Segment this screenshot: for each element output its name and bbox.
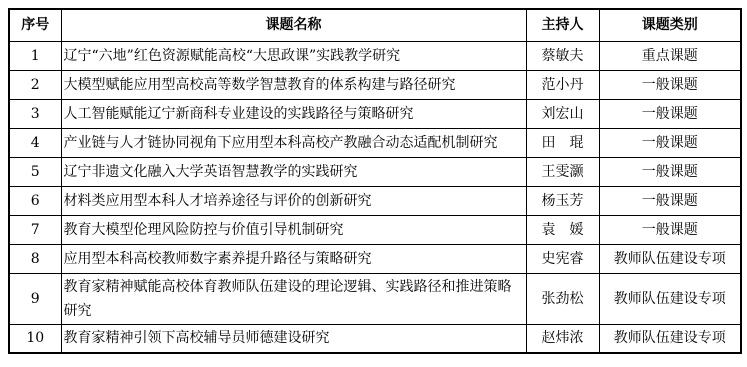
leader-cell: 袁 媛	[526, 215, 599, 244]
category-cell: 一般课题	[599, 99, 741, 128]
table-row: 4 产业链与人才链协同视角下应用型本科高校产教融合动态适配机制研究 田 琨 一般…	[9, 128, 741, 157]
table-row: 7 教育大模型伦理风险防控与价值引导机制研究 袁 媛 一般课题	[9, 215, 741, 244]
category-cell: 一般课题	[599, 70, 741, 99]
category-cell: 教师队伍建设专项	[599, 324, 741, 353]
category-cell: 一般课题	[599, 157, 741, 186]
category-cell: 一般课题	[599, 215, 741, 244]
leader-cell: 王雯灏	[526, 157, 599, 186]
row-number-cell: 6	[9, 186, 61, 215]
table-row: 9 教育家精神赋能高校体育教师队伍建设的理论逻辑、实践路径和推进策略研究 张劲松…	[9, 273, 741, 324]
row-number-cell: 2	[9, 70, 61, 99]
row-number-cell: 1	[9, 41, 61, 70]
table-row: 1 辽宁“六地”红色资源赋能高校“大思政课”实践教学研究 蔡敏夫 重点课题	[9, 41, 741, 70]
document-page: 序号 课题名称 主持人 课题类别 1 辽宁“六地”红色资源赋能高校“大思政课”实…	[0, 0, 747, 367]
table-row: 5 辽宁非遗文化融入大学英语智慧教学的实践研究 王雯灏 一般课题	[9, 157, 741, 186]
topic-title-cell: 教育家精神赋能高校体育教师队伍建设的理论逻辑、实践路径和推进策略研究	[61, 273, 526, 324]
header-serial-number: 序号	[9, 9, 61, 41]
category-cell: 教师队伍建设专项	[599, 273, 741, 324]
table-row: 6 材料类应用型本科人才培养途径与评价的创新研究 杨玉芳 一般课题	[9, 186, 741, 215]
topic-title-cell: 应用型本科高校教师数字素养提升路径与策略研究	[61, 244, 526, 273]
row-number-cell: 4	[9, 128, 61, 157]
category-cell: 一般课题	[599, 128, 741, 157]
topic-title-cell: 辽宁非遗文化融入大学英语智慧教学的实践研究	[61, 157, 526, 186]
table-row: 8 应用型本科高校教师数字素养提升路径与策略研究 史宪睿 教师队伍建设专项	[9, 244, 741, 273]
header-category: 课题类别	[599, 9, 741, 41]
topic-title-cell: 产业链与人才链协同视角下应用型本科高校产教融合动态适配机制研究	[61, 128, 526, 157]
header-row: 序号 课题名称 主持人 课题类别	[9, 9, 741, 41]
leader-cell: 赵炜浓	[526, 324, 599, 353]
topic-title-cell: 大模型赋能应用型高校高等数学智慧教育的体系构建与路径研究	[61, 70, 526, 99]
topic-title-cell: 材料类应用型本科人才培养途径与评价的创新研究	[61, 186, 526, 215]
topics-table: 序号 课题名称 主持人 课题类别 1 辽宁“六地”红色资源赋能高校“大思政课”实…	[8, 8, 742, 354]
header-topic-title: 课题名称	[61, 9, 526, 41]
topic-title-cell: 教育大模型伦理风险防控与价值引导机制研究	[61, 215, 526, 244]
topic-title-cell: 人工智能赋能辽宁新商科专业建设的实践路径与策略研究	[61, 99, 526, 128]
header-leader: 主持人	[526, 9, 599, 41]
topic-title-cell: 教育家精神引领下高校辅导员师德建设研究	[61, 324, 526, 353]
leader-cell: 田 琨	[526, 128, 599, 157]
category-cell: 重点课题	[599, 41, 741, 70]
leader-cell: 蔡敏夫	[526, 41, 599, 70]
category-cell: 教师队伍建设专项	[599, 244, 741, 273]
leader-cell: 杨玉芳	[526, 186, 599, 215]
leader-cell: 张劲松	[526, 273, 599, 324]
row-number-cell: 8	[9, 244, 61, 273]
table-row: 10 教育家精神引领下高校辅导员师德建设研究 赵炜浓 教师队伍建设专项	[9, 324, 741, 353]
leader-cell: 范小丹	[526, 70, 599, 99]
row-number-cell: 7	[9, 215, 61, 244]
row-number-cell: 10	[9, 324, 61, 353]
category-cell: 一般课题	[599, 186, 741, 215]
row-number-cell: 5	[9, 157, 61, 186]
row-number-cell: 3	[9, 99, 61, 128]
leader-cell: 刘宏山	[526, 99, 599, 128]
table-row: 2 大模型赋能应用型高校高等数学智慧教育的体系构建与路径研究 范小丹 一般课题	[9, 70, 741, 99]
row-number-cell: 9	[9, 273, 61, 324]
leader-cell: 史宪睿	[526, 244, 599, 273]
topic-title-cell: 辽宁“六地”红色资源赋能高校“大思政课”实践教学研究	[61, 41, 526, 70]
table-row: 3 人工智能赋能辽宁新商科专业建设的实践路径与策略研究 刘宏山 一般课题	[9, 99, 741, 128]
